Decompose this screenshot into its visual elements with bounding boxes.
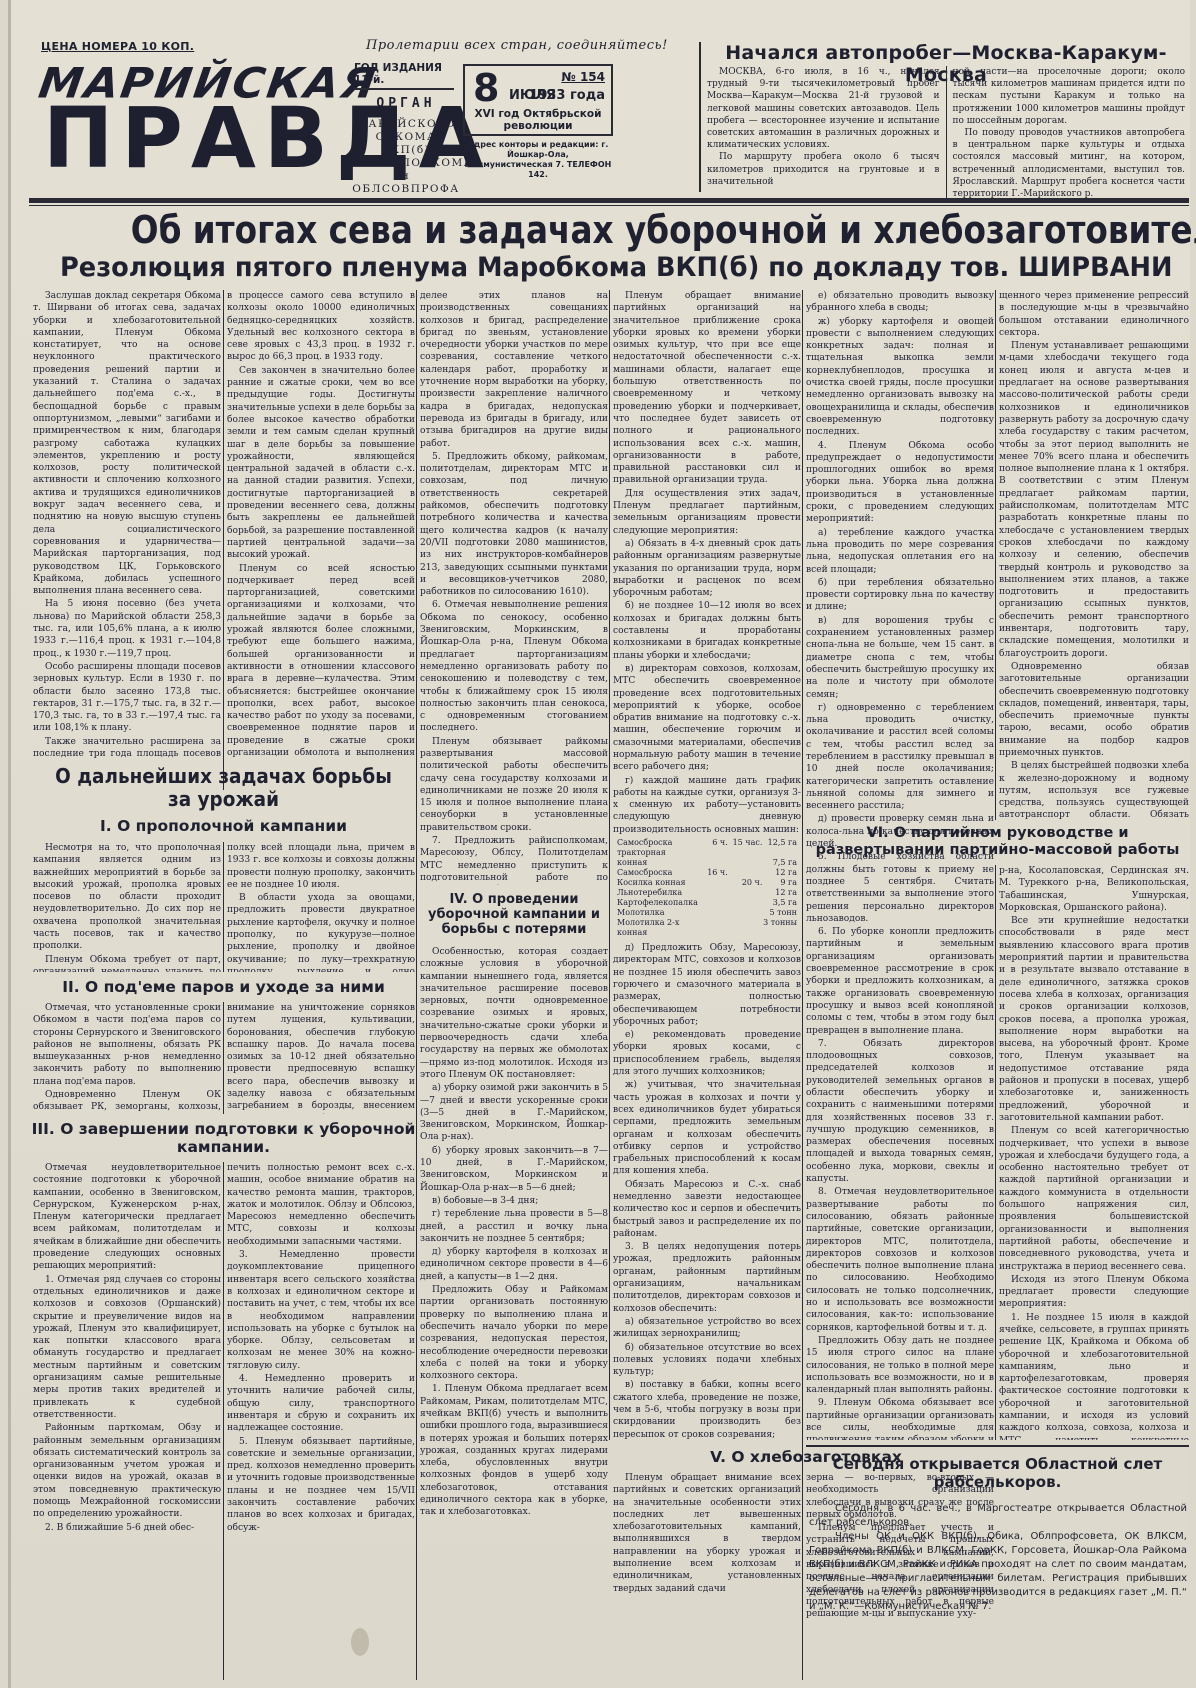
article-column: Пленум обращает внимание всех партийных … <box>613 1472 801 1680</box>
machine-table-cell: 6 ч. <box>693 838 728 848</box>
slet-headline: Сегодня открывается Областной слет рабсе… <box>806 1455 1189 1491</box>
publication-year: ГОД ИЗДАНИЯ 11-й. <box>354 62 454 90</box>
slet-announcement: Сегодня, в 6 час. веч., в Маргостеатре о… <box>809 1502 1187 1614</box>
paragraph: б) не позднее 10—12 июля во всех колхоза… <box>613 600 801 661</box>
paragraph: Обязать Маресоюз и С.-х. снаб немедленно… <box>613 1179 801 1240</box>
machine-table-cell <box>693 878 728 888</box>
paragraph: Сегодня, в 6 час. веч., в Маргостеатре о… <box>809 1502 1187 1530</box>
paragraph: 5. Плодовые хозяйства области должны быт… <box>806 851 994 925</box>
machine-table-row: Самосброска6 ч.15 час.12,5 га <box>617 838 797 848</box>
machine-table-cell <box>728 858 763 868</box>
article-column: Отмечая неудовлетворительное состояние п… <box>33 1162 221 1680</box>
machine-table-cell: 15 час. <box>728 838 763 848</box>
paragraph: Все эти крупнейшие недостатки способство… <box>999 915 1189 1124</box>
article-column: внимание на уничтожение сорняков путем л… <box>227 1002 415 1114</box>
news-brief-body: МОСКВА, 6-го июля, в 16 ч., начался труд… <box>707 66 1185 200</box>
paragraph: е) рекомендовать проведение уборки яровы… <box>613 1029 801 1078</box>
paragraph: г) каждой машине дать график работы на к… <box>613 775 801 836</box>
machine-table-cell: Льнотеребилка <box>617 888 693 898</box>
paragraph: В целях быстрейшей подвозки хлеба к желе… <box>999 760 1189 820</box>
paragraph: 9. Пленум Обкома обязывает все партийные… <box>806 1397 994 1440</box>
machine-table-cell <box>731 898 764 908</box>
paragraph: Также значительно расширена за последние… <box>33 736 221 760</box>
masthead-rule <box>29 198 1189 203</box>
paragraph: По поводу проводов участников автопробег… <box>953 127 1186 200</box>
machine-table-cell: 3,5 га <box>764 898 797 908</box>
paragraph: д) уборку картофеля в колхозах и единоли… <box>420 1246 608 1283</box>
article-column: полку всей площади льна, причем в 1933 г… <box>227 842 415 972</box>
column-divider <box>223 842 224 972</box>
column-divider <box>223 1162 224 1680</box>
paragraph: 1. Пленум Обкома предлагает всем Райкома… <box>420 1383 608 1518</box>
paragraph: Одновременно обязав заготовительные орга… <box>999 661 1189 759</box>
paragraph: Пленум со всей ясностью подчеркивает пер… <box>227 563 415 760</box>
news-brief-column: МОСКВА, 6-го июля, в 16 ч., начался труд… <box>707 66 940 200</box>
machine-table-row: тракторная <box>617 848 797 858</box>
paragraph: 3. Немедленно провести доукомплектование… <box>227 1249 415 1372</box>
section-heading-4: IV. О проведении уборочной кампании и бо… <box>420 892 608 937</box>
issue-day: 8 <box>473 66 499 110</box>
article-column: Отмечая, что установленные сроки Обкомом… <box>33 1002 221 1114</box>
organ-line: ОБКОМА ВКП(б) <box>351 131 461 157</box>
announcement-rule <box>806 1445 1189 1447</box>
paragraph: полку всей площади льна, причем в 1933 г… <box>227 842 415 891</box>
column-divider <box>416 290 417 1680</box>
machine-table-cell <box>728 868 763 878</box>
paragraph: а) Обязать в 4-х дневный срок дать район… <box>613 538 801 599</box>
machine-table-cell: 5 тонн <box>762 908 797 918</box>
article-body: Заслушав доклад секретаря Обкома т. Ширв… <box>31 290 1189 1680</box>
issue-year: 1933 года <box>529 88 605 103</box>
paragraph: Сев закончен в значительно более ранние … <box>227 365 415 562</box>
paragraph: р-на, Косолаповская, Сердинская яч. М. Т… <box>999 865 1189 914</box>
machine-productivity-table: Самосброска6 ч.15 час.12,5 гатракторнаяк… <box>617 838 797 938</box>
machine-table-cell <box>693 858 728 868</box>
machine-table-row: Молотилка 2-х конная3 тонны <box>617 918 797 938</box>
column-divider <box>223 1002 224 1114</box>
machine-table-row: Молотилка5 тонн <box>617 908 797 918</box>
issue-date-box: 8 ИЮЛЯ № 154 1933 года XVI год Октябрьск… <box>463 64 613 136</box>
paragraph: 7. Предложить райисполкомам, Маресоюзу, … <box>420 835 608 885</box>
paragraph: в) директорам совхозов, колхозам, МТС об… <box>613 663 801 774</box>
paragraph: ж) уборку картофеля и овощей провести с … <box>806 316 994 439</box>
paragraph: 4. Пленум Обкома особо предупреждает о н… <box>806 440 994 526</box>
machine-table-cell: Самосброска <box>617 838 693 848</box>
paragraph: Предложить Обзу и Райкомам партии органи… <box>420 1284 608 1382</box>
section-heading-2: II. О под'еме паров и уходе за ними <box>31 978 416 996</box>
machine-table-cell: 12,5 га <box>762 838 797 848</box>
paragraph: 7. Обязать директоров плодоовощных совхо… <box>806 1038 994 1186</box>
paragraph: Пленум со всей категоричностью подчеркив… <box>999 1125 1189 1273</box>
masthead-motto: Пролетарии всех стран, соединяйтесь! <box>366 38 668 53</box>
paragraph: Несмотря на то, что прополочная кампания… <box>33 842 221 953</box>
paragraph: е) обязательно проводить вывозку убранно… <box>806 290 994 315</box>
machine-table-row: Косилка конная20 ч.9 га <box>617 878 797 888</box>
issue-number: № 154 <box>561 70 605 84</box>
paragraph: д) Предложить Обзу, Маресоюзу, директора… <box>613 942 801 1028</box>
machine-table-cell: Самосброска <box>617 868 693 878</box>
paragraph: Исходя из этого Пленум Обкома предлагает… <box>999 1274 1189 1311</box>
section-heading-6: VI. О партийном руководстве и развертыва… <box>806 825 1189 859</box>
article-column: Особенностью, которая создает сложные ус… <box>420 946 608 1680</box>
organ-publishers: МАРИЙСКОГО ОБКОМА ВКП(б) ОБЛИСПОЛКОМА и … <box>351 118 461 196</box>
revolution-year: XVI год Октябрьской революции <box>465 108 611 132</box>
paragraph: На 5 июня посевно (без учета льнова) по … <box>33 598 221 659</box>
machine-table-cell: тракторная <box>617 848 693 858</box>
machine-table-cell: 12 га <box>762 888 797 898</box>
article-column: печить полностью ремонт всех с.-х. машин… <box>227 1162 415 1680</box>
column-divider <box>995 865 996 1440</box>
machine-table-row: Самосброска16 ч.12 га <box>617 868 797 878</box>
paragraph: б) при теребления обязательно провести с… <box>806 577 994 614</box>
paragraph: в процессе самого сева вступило в колхоз… <box>227 290 415 364</box>
paragraph: Заслушав доклад секретаря Обкома т. Ширв… <box>33 290 221 597</box>
paragraph: Пленум устанавливает решающими м-цами хл… <box>999 340 1189 660</box>
paragraph: Районным парткомам, Обзу и районным земе… <box>33 1422 221 1520</box>
section-heading-main: О дальнейших задачах борьбы за урожай <box>46 765 400 811</box>
machine-table-row: Льнотеребилка12 га <box>617 888 797 898</box>
paper-stain <box>351 1628 369 1656</box>
column-divider <box>946 66 947 200</box>
machine-table-cell: 12 га <box>762 868 797 878</box>
paragraph: Пленум Обкома требует от парт, организац… <box>33 954 221 972</box>
machine-table-cell: 20 ч. <box>728 878 763 888</box>
paragraph: г) теребление льна провести в 5—8 дней, … <box>420 1208 608 1245</box>
machine-table-cell: 16 ч. <box>693 868 728 878</box>
newspaper-page: ЦЕНА НОМЕРА 10 КОП. Пролетарии всех стра… <box>8 0 1190 1688</box>
column-divider <box>609 290 610 1440</box>
machine-table-cell <box>728 848 763 858</box>
paragraph: Члены ОК и ОКК ВКП(б), Обика, Облпрофсов… <box>809 1530 1187 1614</box>
paragraph: 1. Не позднее 15 июля в каждой ячейке, с… <box>999 1312 1189 1440</box>
organ-line: ОБЛИСПОЛКОМА и <box>351 157 461 183</box>
machine-table-cell: 9 га <box>762 878 797 888</box>
column-divider <box>802 1472 803 1680</box>
paragraph: ж) учитывая, что значительная часть урож… <box>613 1079 801 1177</box>
machine-table-cell <box>728 888 763 898</box>
paragraph: 5. Пленум обязывает партийные, советские… <box>227 1436 415 1534</box>
machine-table-cell: Молотилка 2-х конная <box>617 918 693 938</box>
paragraph: 3. В целях недопущения потерь урожая, пр… <box>613 1241 801 1315</box>
machine-table-cell <box>728 908 763 918</box>
paragraph: а) теребление каждого участка льна прово… <box>806 527 994 576</box>
machine-table-cell <box>693 888 728 898</box>
article-column: щенного через применение репрессий в пос… <box>999 290 1189 820</box>
paragraph: в) поставку в бабки, копны всего сжатого… <box>613 1379 801 1440</box>
paragraph: внимание на уничтожение сорняков путем л… <box>227 1002 415 1114</box>
paragraph: В области ухода за овощами, предложить п… <box>227 892 415 972</box>
machine-table-row: конная7,5 га <box>617 858 797 868</box>
paragraph: щенного через применение репрессий в пос… <box>999 290 1189 339</box>
machine-table-cell <box>698 898 731 908</box>
column-divider <box>995 290 996 820</box>
machine-table-cell: Картофелекопалка <box>617 898 698 908</box>
paragraph: 6. По уборке конопли предложить партийны… <box>806 926 994 1037</box>
masthead-rule-thin <box>29 205 1189 206</box>
machine-table-cell: 3 тонны <box>762 918 797 938</box>
paragraph: Пленум обращает внимание партийных орган… <box>613 290 801 487</box>
machine-table-cell <box>693 848 728 858</box>
section-heading-1: I. О прополочной кампании <box>31 817 416 835</box>
paragraph: а) обязательное устройство во всех жилищ… <box>613 1316 801 1341</box>
organ-line: ОБЛСОВПРОФА <box>351 183 461 196</box>
article-column: р-на, Косолаповская, Сердинская яч. М. Т… <box>999 865 1189 1440</box>
column-divider <box>699 42 701 192</box>
paragraph: Особенностью, которая создает сложные ус… <box>420 946 608 1081</box>
machine-table-row: Картофелекопалка3,5 га <box>617 898 797 908</box>
article-column: е) обязательно проводить вывозку убранно… <box>806 290 994 1440</box>
article-column: Пленум обращает внимание партийных орган… <box>613 290 801 1440</box>
machine-table-cell: Молотилка <box>617 908 693 918</box>
paragraph: в) для ворошения трубы с сохранением уст… <box>806 615 994 701</box>
paragraph: МОСКВА, 6-го июля, в 16 ч., начался труд… <box>707 66 940 151</box>
article-column: Несмотря на то, что прополочная кампания… <box>33 842 221 972</box>
paragraph: Отмечая неудовлетворительное состояние п… <box>33 1162 221 1273</box>
paragraph: 8. Отмечая неудовлетворительное разверты… <box>806 1186 994 1334</box>
main-headline: Об итогах сева и задачах уборочной и хле… <box>131 208 1111 252</box>
paragraph: 4. Немедленно проверить и уточнить налич… <box>227 1373 415 1434</box>
sub-headline: Резолюция пятого пленума Маробкома ВКП(б… <box>60 252 1162 283</box>
paragraph: Отмечая, что установленные сроки Обкомом… <box>33 1002 221 1088</box>
paragraph: г) одновременно с тереблением льна прово… <box>806 702 994 813</box>
paragraph: Особо расширены площади посевов зерновых… <box>33 661 221 735</box>
paragraph: 2. В ближайшие 5-6 дней обес- <box>33 1522 221 1534</box>
column-divider <box>223 290 224 790</box>
paragraph: ной части—на проселочные дороги; около т… <box>953 66 1186 127</box>
machine-table-cell: 7,5 га <box>762 858 797 868</box>
paragraph: Одновременно Пленум ОК обязывает РК, зем… <box>33 1089 221 1114</box>
article-column: Заслушав доклад секретаря Обкома т. Ширв… <box>33 290 221 760</box>
news-brief-column: ной части—на проселочные дороги; около т… <box>953 66 1186 200</box>
organ-line: МАРИЙСКОГО <box>351 118 461 131</box>
paragraph: 1. Отмечая ряд случаев со стороны отдель… <box>33 1274 221 1422</box>
paragraph: в) бобовые—в 3-4 дня; <box>420 1195 608 1207</box>
paragraph: 6. Отмечая невыполнение решения Обкома п… <box>420 599 608 734</box>
article-column: делее этих планов на производственных со… <box>420 290 608 885</box>
machine-table-cell: конная <box>617 858 693 868</box>
machine-table-cell <box>728 918 763 938</box>
paragraph: б) уборку яровых закончить—в 7—10 дней, … <box>420 1145 608 1194</box>
paragraph: Предложить Обзу дать не позднее 15 июля … <box>806 1335 994 1396</box>
paragraph: б) обязательное отсутствие во всех полев… <box>613 1342 801 1379</box>
paragraph: а) уборку озимой ржи закончить в 5—7 дне… <box>420 1082 608 1143</box>
paragraph: Пленум обращает внимание всех партийных … <box>613 1472 801 1595</box>
editorial-address: Адрес конторы и редакции: г. Йошкар-Ола,… <box>463 140 613 180</box>
organ-label: ОРГАН <box>356 96 456 111</box>
machine-table-cell <box>762 848 797 858</box>
section-heading-3: III. О завершении подготовки к уборочной… <box>31 1120 416 1156</box>
paragraph: Пленум обязывает райкомы развертывания м… <box>420 736 608 834</box>
paragraph: Для осуществления этих задач, Пленум пре… <box>613 488 801 537</box>
paragraph: делее этих планов на производственных со… <box>420 290 608 450</box>
issue-price: ЦЕНА НОМЕРА 10 КОП. <box>41 40 194 53</box>
article-column: в процессе самого сева вступило в колхоз… <box>227 290 415 760</box>
machine-table-cell <box>693 918 728 938</box>
paragraph: По маршруту пробега около 6 тысяч киломе… <box>707 151 940 188</box>
machine-table-cell: Косилка конная <box>617 878 693 888</box>
paragraph: 5. Предложить обкому, райкомам, политотд… <box>420 451 608 599</box>
machine-table-cell <box>693 908 728 918</box>
paragraph: печить полностью ремонт всех с.-х. машин… <box>227 1162 415 1248</box>
